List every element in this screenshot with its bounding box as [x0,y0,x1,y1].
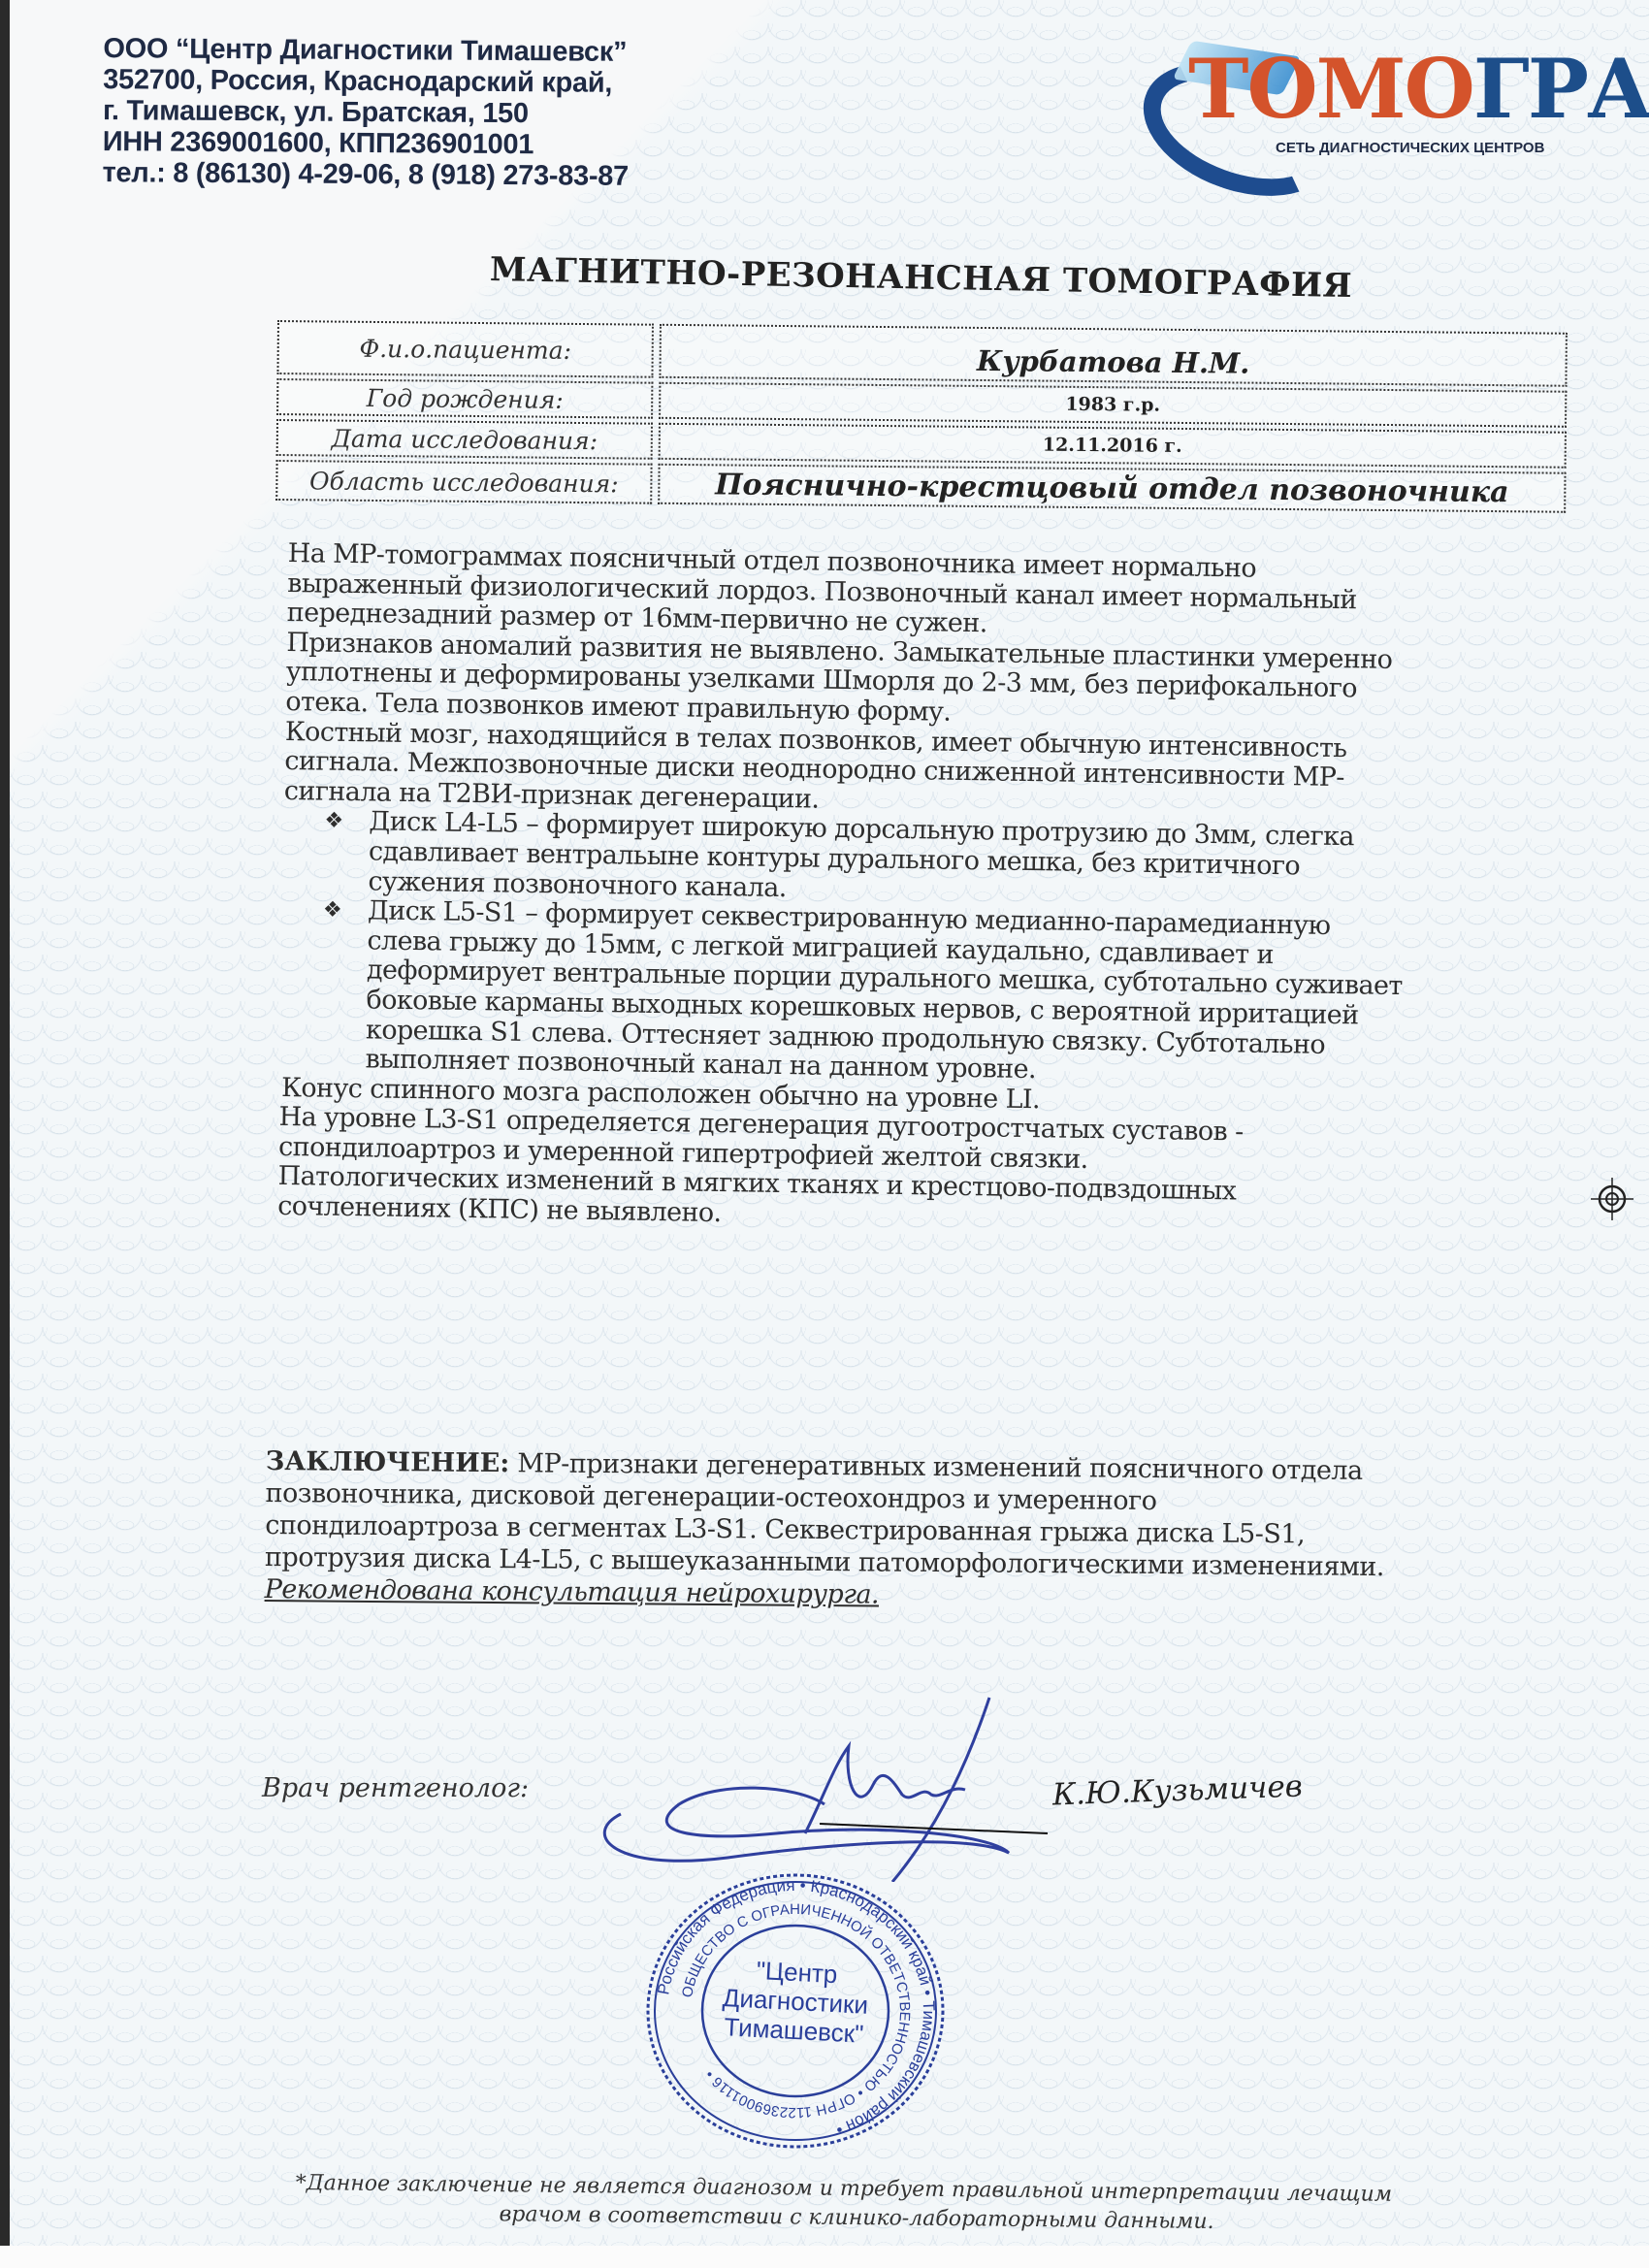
exam-area-value: Пояснично-крестцовый отдел позвоночника [658,464,1566,513]
exam-area-label: Область исследования: [275,460,652,504]
company-phones: тел.: 8 (86130) 4-29-06, 8 (918) 273-83-… [102,157,629,192]
exam-date-value: 12.11.2016 г. [659,423,1567,469]
registration-crosshair-icon [1591,1178,1633,1220]
logo-part-grad: ГРАД [1473,41,1649,137]
company-info: ООО “Центр Диагностики Тимашевск” 352700… [102,33,629,192]
patient-row-name: Ф.и.о.пациента: Курбатова Н.М. [276,320,1567,387]
disc-finding-l5-s1: ❖ Диск L5-S1 – формирует секвестрированн… [279,895,1563,1093]
diamond-bullet-icon: ❖ [323,896,342,926]
patient-name-label: Ф.и.о.пациента: [276,320,654,378]
birth-year-label: Год рождения: [276,378,653,419]
company-address-line2: г. Тимашевск, ул. Братская, 150 [103,95,630,130]
logo-subtitle: СЕТЬ ДИАГНОСТИЧЕСКИХ ЦЕНТРОВ [1276,140,1544,156]
stamp-center-text: "Центр Диагностики Тимашевск" [696,1953,894,2050]
tomograd-logo: ТОМОГРАД СЕТЬ ДИАГНОСТИЧЕСКИХ ЦЕНТРОВ [1130,39,1615,165]
birth-year-value: 1983 г.р. [659,382,1567,428]
logo-part-tomo: ТОМО [1188,41,1473,137]
scanner-edge [0,0,10,2268]
logo-wordmark: ТОМОГРАД [1188,41,1649,138]
company-address-line1: 352700, Россия, Краснодарский край, [103,64,630,99]
company-name: ООО “Центр Диагностики Тимашевск” [103,33,630,68]
scanner-margin [0,2246,1649,2268]
radiologist-label: Врач рентгенолог: [262,1773,529,1803]
conclusion-heading: ЗАКЛЮЧЕНИЕ: [266,1446,510,1478]
exam-date-label: Дата исследования: [276,419,653,460]
company-tax-ids: ИНН 2369001600, КПП236901001 [103,126,630,161]
disc-findings-list: ❖ Диск L4-L5 – формирует широкую дорсаль… [279,806,1564,1093]
diamond-bullet-icon: ❖ [324,807,343,837]
patient-name-value: Курбатова Н.М. [659,324,1567,387]
conclusion-section: ЗАКЛЮЧЕНИЕ: МР-признаки дегенеративных и… [265,1445,1566,1617]
handwritten-signature-icon [582,1688,1125,1882]
findings-section: На МР-томограммах поясничный отдел позво… [277,539,1568,1242]
patient-row-exam-area: Область исследования: Пояснично-крестцов… [275,460,1566,513]
patient-info-table: Ф.и.о.пациента: Курбатова Н.М. Год рожде… [275,320,1568,517]
